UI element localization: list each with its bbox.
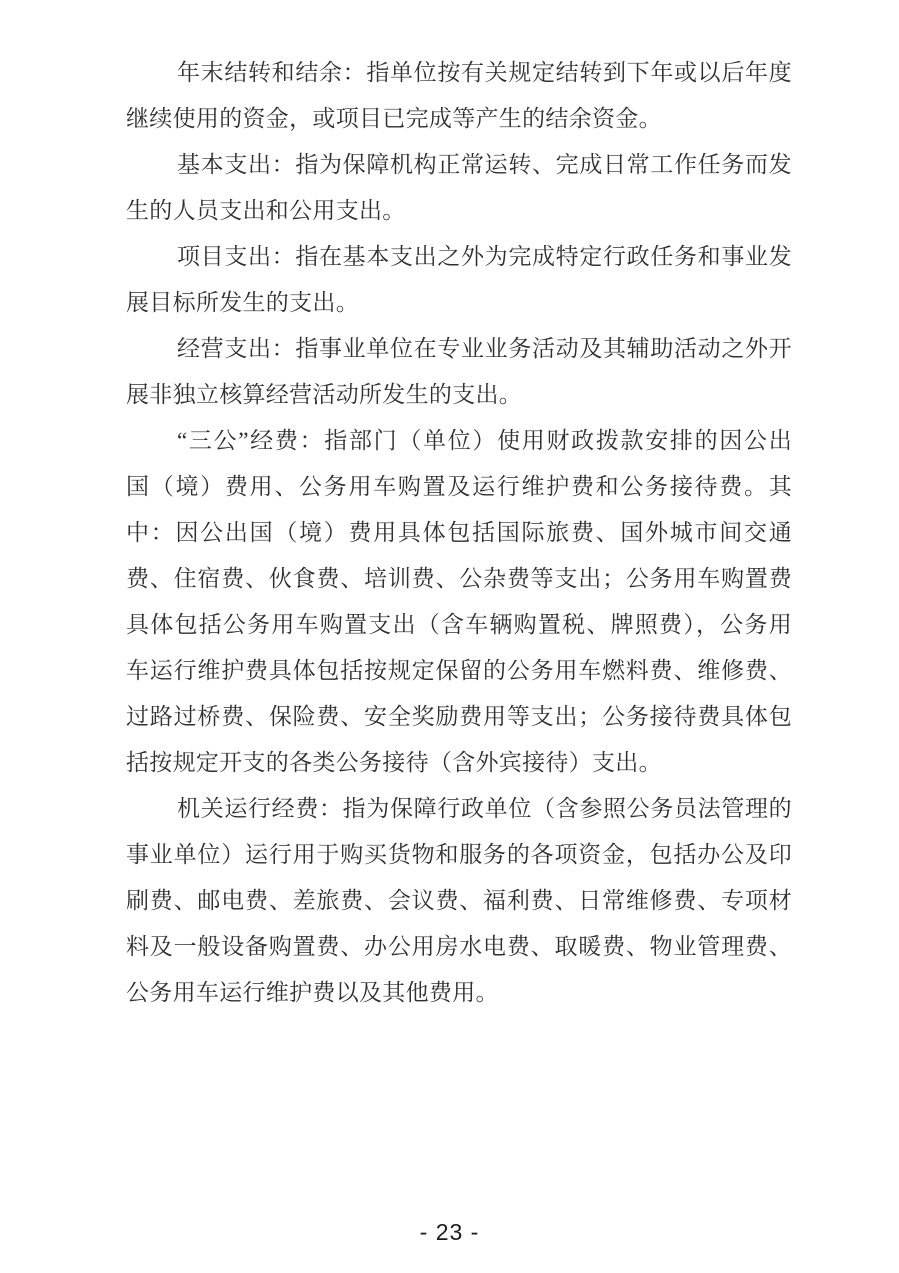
text-line: 基本支出：指为保障机构正常运转、完成日常工作任务而发 — [126, 142, 792, 188]
text-line: 继续使用的资金，或项目已完成等产生的结余资金。 — [126, 96, 792, 142]
text-line: 国（境）费用、公务用车购置及运行维护费和公务接待费。其 — [126, 464, 792, 510]
document-page: 年末结转和结余：指单位按有关规定结转到下年或以后年度继续使用的资金，或项目已完成… — [0, 0, 899, 1273]
text-line: 刷费、邮电费、差旅费、会议费、福利费、日常维修费、专项材 — [126, 878, 792, 924]
text-line: 过路过桥费、保险费、安全奖励费用等支出；公务接待费具体包 — [126, 694, 792, 740]
text-line: 机关运行经费：指为保障行政单位（含参照公务员法管理的 — [126, 786, 792, 832]
page-number: - 23 - — [0, 1216, 899, 1248]
text-line: 项目支出：指在基本支出之外为完成特定行政任务和事业发 — [126, 234, 792, 280]
text-line: 具体包括公务用车购置支出（含车辆购置税、牌照费），公务用 — [126, 602, 792, 648]
text-line: 生的人员支出和公用支出。 — [126, 188, 792, 234]
text-line: 料及一般设备购置费、办公用房水电费、取暖费、物业管理费、 — [126, 924, 792, 970]
text-line: 经营支出：指事业单位在专业业务活动及其辅助活动之外开 — [126, 326, 792, 372]
para-three-public-funds: “三公”经费：指部门（单位）使用财政拨款安排的因公出国（境）费用、公务用车购置及… — [126, 418, 792, 786]
para-year-end-carryover: 年末结转和结余：指单位按有关规定结转到下年或以后年度继续使用的资金，或项目已完成… — [126, 50, 792, 142]
text-line: 中：因公出国（境）费用具体包括国际旅费、国外城市间交通 — [126, 510, 792, 556]
text-line: 展非独立核算经营活动所发生的支出。 — [126, 372, 792, 418]
document-body: 年末结转和结余：指单位按有关规定结转到下年或以后年度继续使用的资金，或项目已完成… — [126, 50, 792, 1016]
text-line: 事业单位）运行用于购买货物和服务的各项资金，包括办公及印 — [126, 832, 792, 878]
para-basic-expenditure: 基本支出：指为保障机构正常运转、完成日常工作任务而发生的人员支出和公用支出。 — [126, 142, 792, 234]
text-line: 年末结转和结余：指单位按有关规定结转到下年或以后年度 — [126, 50, 792, 96]
text-line: 公务用车运行维护费以及其他费用。 — [126, 970, 792, 1016]
para-project-expenditure: 项目支出：指在基本支出之外为完成特定行政任务和事业发展目标所发生的支出。 — [126, 234, 792, 326]
text-line: 展目标所发生的支出。 — [126, 280, 792, 326]
text-line: “三公”经费：指部门（单位）使用财政拨款安排的因公出 — [126, 418, 792, 464]
para-operating-expenditure: 经营支出：指事业单位在专业业务活动及其辅助活动之外开展非独立核算经营活动所发生的… — [126, 326, 792, 418]
para-agency-operating-funds: 机关运行经费：指为保障行政单位（含参照公务员法管理的事业单位）运行用于购买货物和… — [126, 786, 792, 1016]
text-line: 括按规定开支的各类公务接待（含外宾接待）支出。 — [126, 740, 792, 786]
text-line: 费、住宿费、伙食费、培训费、公杂费等支出；公务用车购置费 — [126, 556, 792, 602]
text-line: 车运行维护费具体包括按规定保留的公务用车燃料费、维修费、 — [126, 648, 792, 694]
